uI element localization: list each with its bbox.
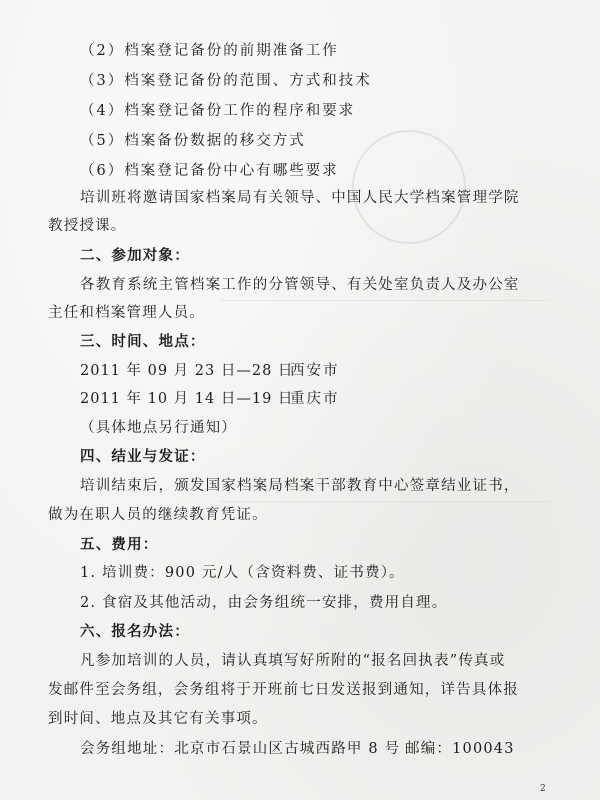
section-heading-registration: 六、报名办法：	[80, 623, 190, 641]
location-note: （具体地点另行通知）	[80, 419, 237, 437]
section-heading-participants: 二、参加对象：	[80, 247, 190, 265]
address-text: 会务组地址：北京市石景山区古城西路甲 8 号	[80, 741, 400, 757]
page-number: 2	[540, 784, 546, 794]
certification-line2: 做为在职人员的继续教育凭证。	[48, 506, 268, 524]
participants-line2: 主任和档案管理人员。	[48, 304, 205, 322]
faint-stamp-bleedthrough	[352, 130, 466, 244]
schedule-city: 重庆市	[290, 390, 340, 408]
document-page: （2）档案登记备份的前期准备工作 （3）档案登记备份的范围、方式和技术 （4）档…	[0, 0, 600, 800]
address-line: 会务组地址：北京市石景山区古城西路甲 8 号	[80, 740, 400, 758]
certification-line1: 培训结束后，颁发国家档案局档案干部教育中心签章结业证书，	[80, 477, 520, 495]
registration-line1: 凡参加培训的人员，请认真填写好所附的“报名回执表”传真或	[80, 652, 505, 670]
list-item: （2）档案登记备份的前期准备工作	[80, 42, 339, 60]
schedule-dates: 2011 年 10 月 14 日—19 日	[80, 391, 293, 407]
list-item: （3）档案登记备份的范围、方式和技术	[80, 72, 372, 90]
schedule-city: 西安市	[290, 362, 340, 380]
list-item: （6）档案登记备份中心有哪些要求	[80, 162, 339, 180]
postal-code: 邮编：100043	[405, 740, 515, 758]
list-item: （5）档案备份数据的移交方式	[80, 132, 306, 150]
registration-line2: 发邮件至会务组，会务组将于开班前七日发送报到通知，详告具体报	[48, 681, 519, 699]
schedule-row: 2011 年 09 月 23 日—28 日 西安市	[80, 362, 293, 380]
schedule-row: 2011 年 10 月 14 日—19 日 重庆市	[80, 390, 293, 408]
registration-line3: 到时间、地点及其它有关事项。	[48, 710, 268, 728]
section-heading-fees: 五、费用：	[80, 536, 159, 554]
section-heading-time-place: 三、时间、地点：	[80, 333, 206, 351]
fee-item-training: 1. 培训费：900 元/人（含资料费、证书费）。	[80, 564, 405, 582]
participants-line1: 各教育系统主管档案工作的分管领导、有关处室负责人及办公室	[80, 276, 520, 294]
list-item: （4）档案登记备份工作的程序和要求	[80, 102, 355, 120]
section-heading-certification: 四、结业与发证：	[80, 448, 206, 466]
fee-item-lodging: 2. 食宿及其他活动，由会务组统一安排，费用自理。	[80, 594, 447, 612]
instructors-paragraph-line2: 教授授课。	[48, 217, 127, 235]
instructors-paragraph-line1: 培训班将邀请国家档案局有关领导、中国人民大学档案管理学院	[80, 189, 520, 207]
schedule-dates: 2011 年 09 月 23 日—28 日	[80, 363, 293, 379]
